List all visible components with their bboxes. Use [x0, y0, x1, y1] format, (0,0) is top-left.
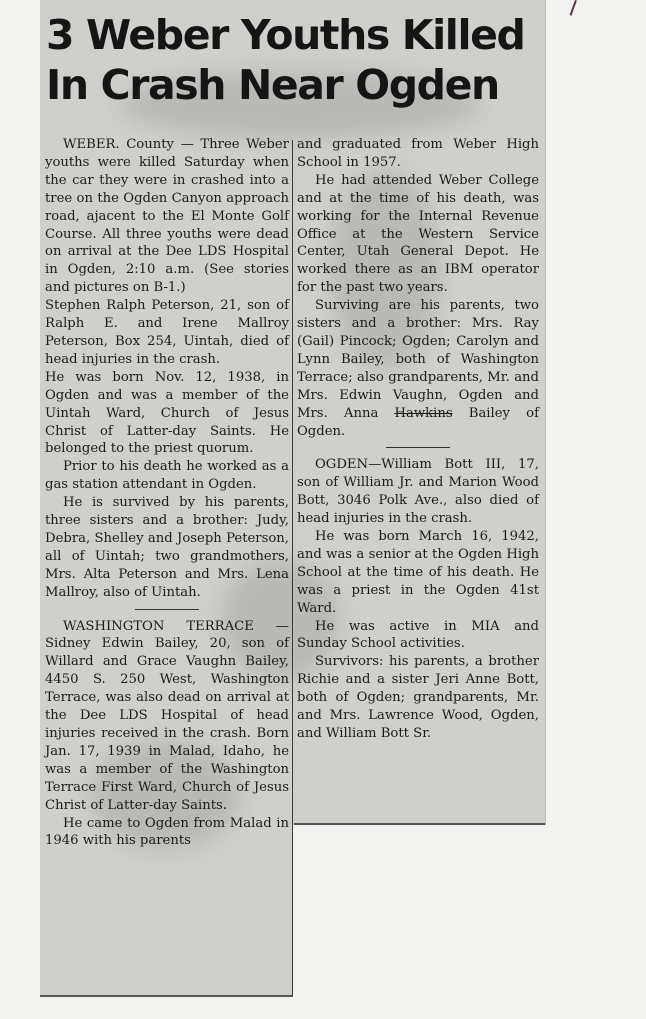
- paragraph: He is survived by his parents, three sis…: [45, 494, 289, 601]
- paragraph: and graduated from Weber High School in …: [297, 136, 539, 172]
- paragraph: Surviving are his parents, two sisters a…: [297, 297, 539, 440]
- newspaper-clipping-left-extension: [40, 825, 293, 997]
- clipping-bottom-edge: [294, 823, 545, 825]
- right-column: and graduated from Weber High School in …: [297, 136, 539, 743]
- paragraph: OGDEN—William Bott III, 17, son of Willi…: [297, 456, 539, 528]
- paragraph: WASHINGTON TERRACE —Sidney Edwin Bailey,…: [45, 618, 289, 815]
- paragraph: He came to Ogden from Malad in 1946 with…: [45, 815, 289, 851]
- section-separator: [135, 609, 199, 610]
- paragraph: He was born Nov. 12, 1938, in Ogden and …: [45, 369, 289, 459]
- paragraph: Survivors: his parents, a brother Richie…: [297, 653, 539, 743]
- paragraph: He had attended Weber College and at the…: [297, 172, 539, 297]
- paragraph: He was active in MIA and Sunday School a…: [297, 618, 539, 654]
- section-separator: [386, 447, 450, 448]
- headline-line-2: In Crash Near Ogden: [46, 61, 499, 109]
- paragraph: Prior to his death he worked as a gas st…: [45, 458, 289, 494]
- pen-mark: [570, 0, 577, 16]
- paragraph: WEBER. County — Three Weber youths were …: [45, 136, 289, 297]
- headline: 3 Weber Youths Killed In Crash Near Ogde…: [46, 10, 541, 110]
- struck-text: Hawkins: [394, 406, 452, 421]
- left-column: WEBER. County — Three Weber youths were …: [45, 136, 289, 850]
- text: Surviving are his parents, two sisters a…: [297, 298, 539, 420]
- column-divider: [292, 140, 293, 995]
- paragraph: He was born March 16, 1942, and was a se…: [297, 528, 539, 618]
- paragraph: Stephen Ralph Peterson, 21, son of Ralph…: [45, 297, 289, 369]
- headline-line-1: 3 Weber Youths Killed: [46, 11, 524, 59]
